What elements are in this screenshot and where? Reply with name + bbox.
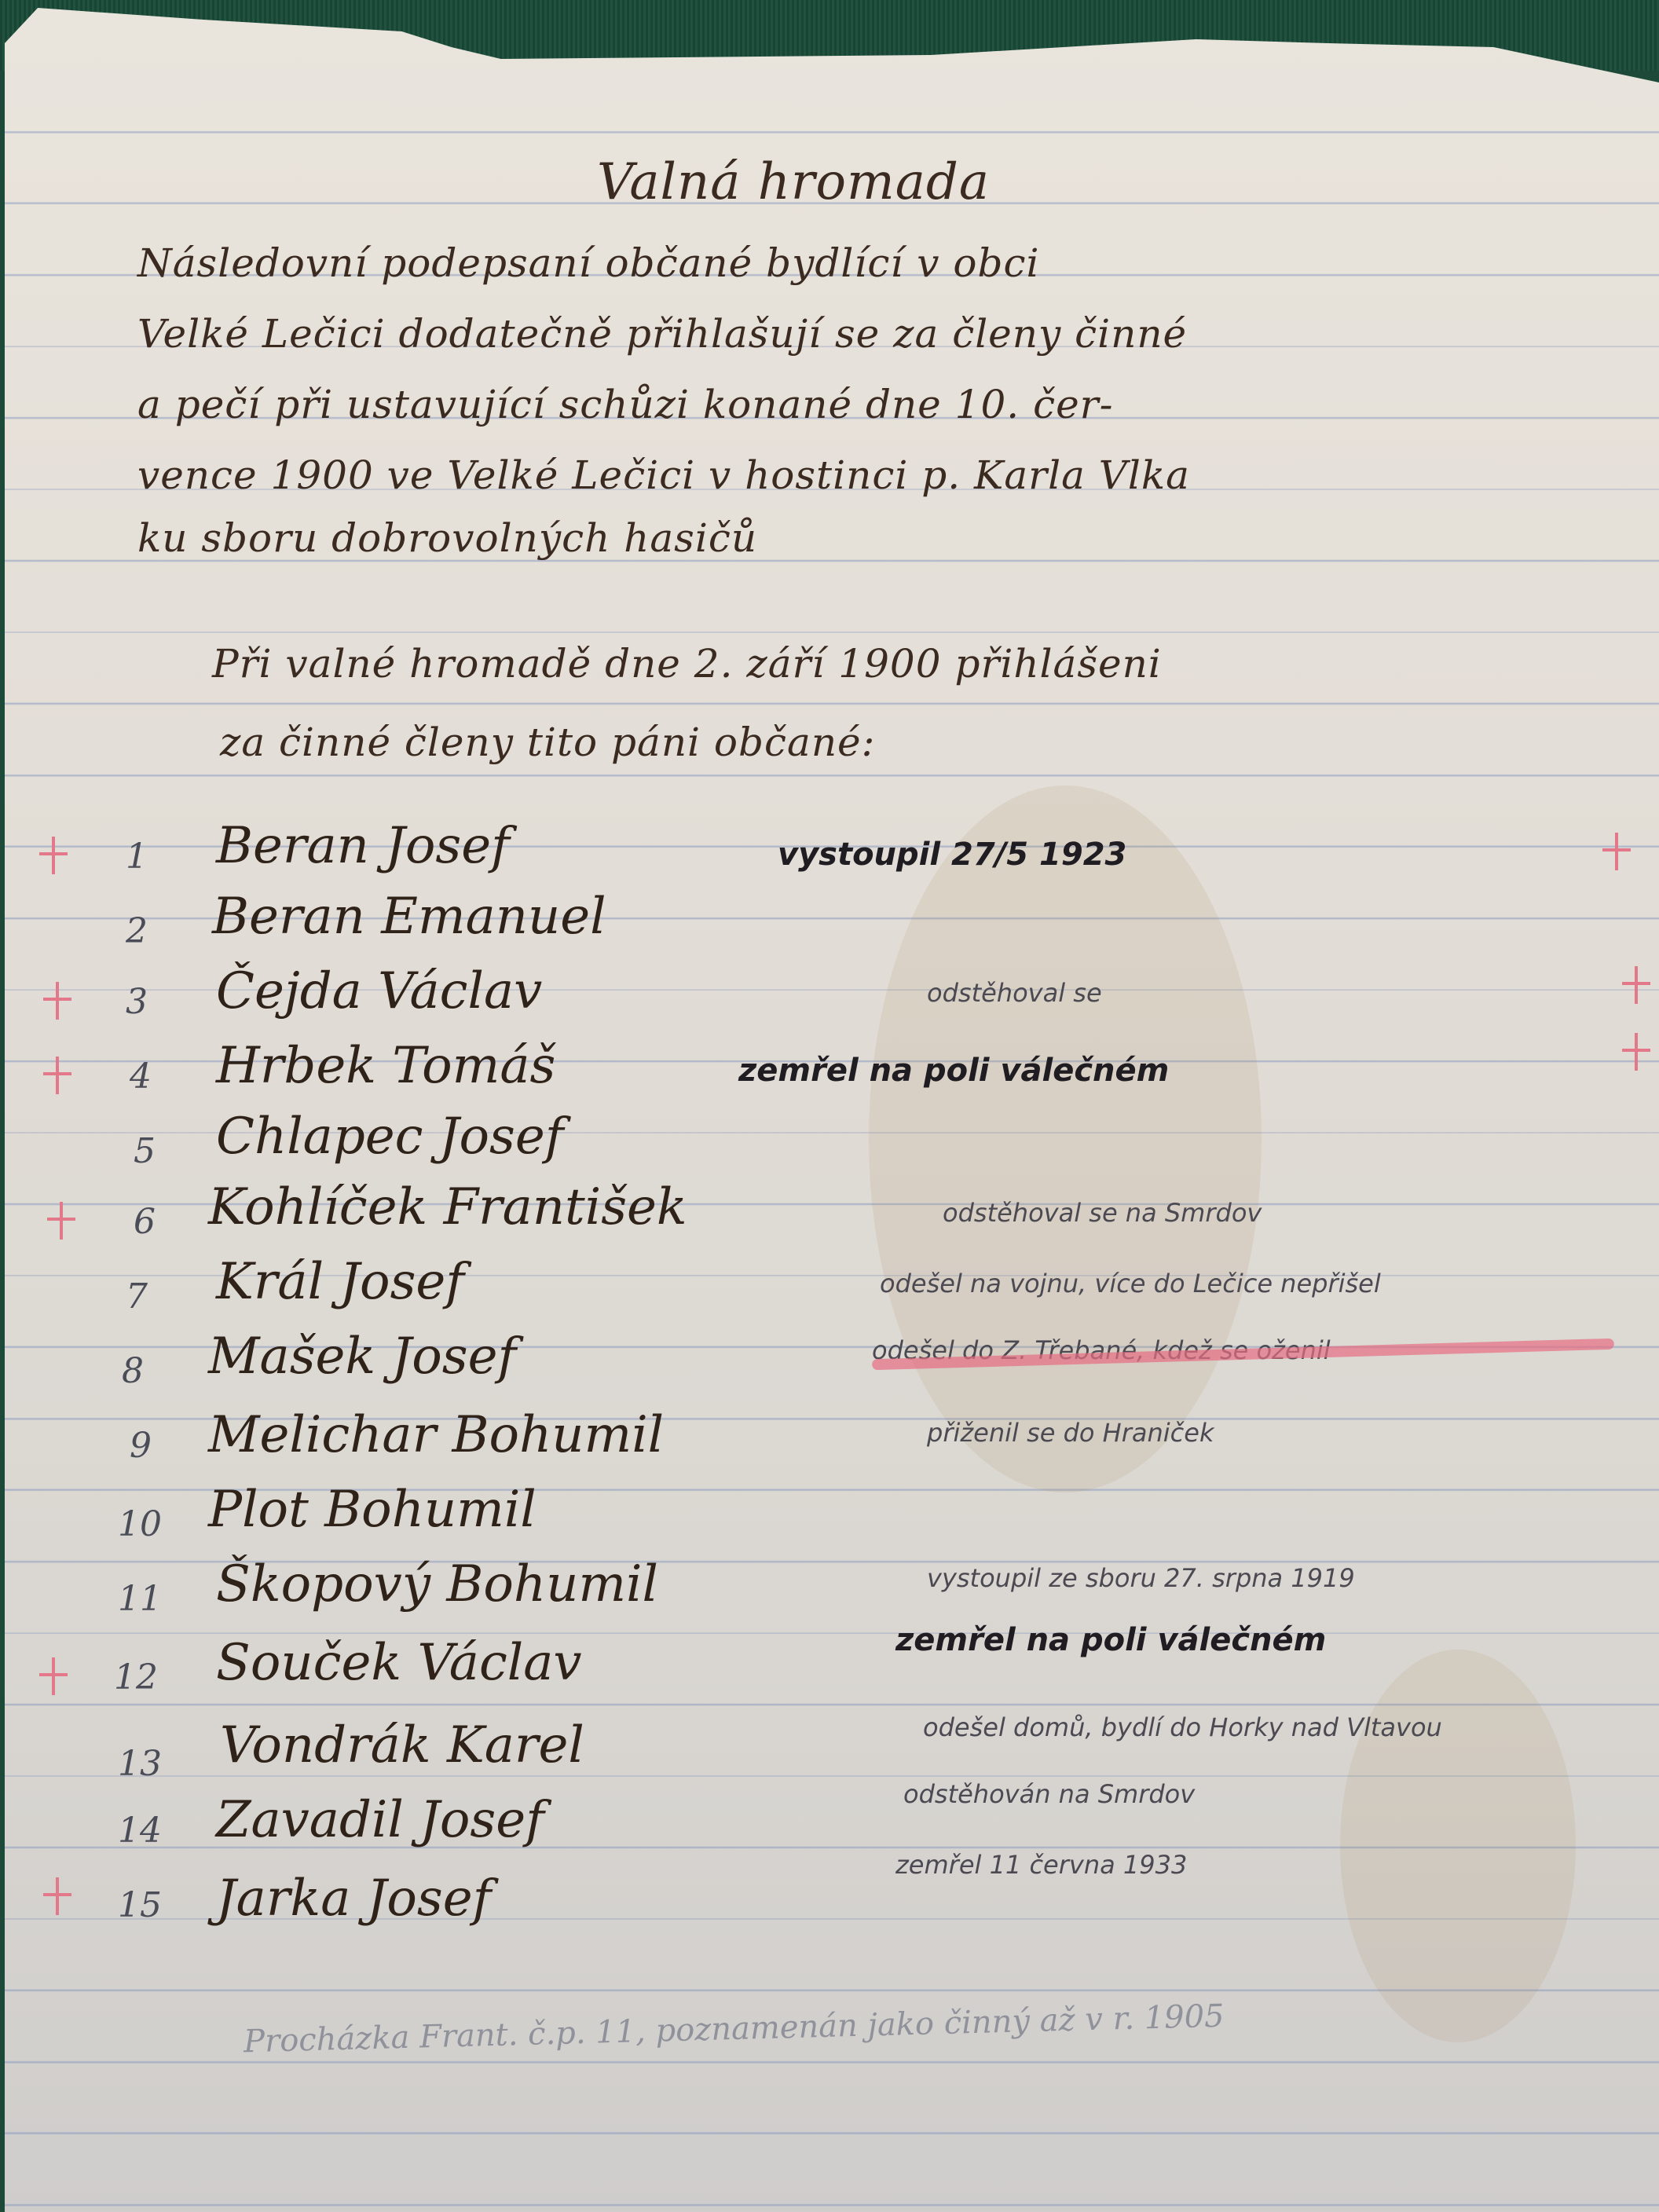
member-number: 1 (126, 837, 148, 877)
page-title: Valná hromada (597, 153, 990, 211)
member-note: vystoupil ze sboru 27. srpna 1919 (927, 1563, 1355, 1593)
member-name: Hrbek Tomáš (216, 1037, 555, 1095)
paper-stain (869, 786, 1262, 1492)
member-number: 2 (126, 911, 148, 951)
member-number: 3 (126, 982, 148, 1022)
member-number: 9 (130, 1426, 152, 1466)
member-name: Mašek Josef (208, 1328, 516, 1386)
member-note: zemřel na poli válečném (895, 1622, 1326, 1658)
member-name: Jarka Josef (216, 1870, 491, 1928)
member-note: zemřel na poli válečném (738, 1053, 1169, 1089)
member-name: Melichar Bohumil (208, 1406, 664, 1464)
member-name: Čejda Václav (216, 962, 542, 1020)
member-number: 15 (118, 1885, 162, 1925)
member-number: 7 (126, 1276, 148, 1317)
intro-line-1: Následovní podepsaní občané bydlící v ob… (137, 228, 1040, 298)
member-number: 13 (118, 1744, 162, 1784)
member-number: 8 (122, 1351, 144, 1391)
left-cross-mark (43, 982, 71, 1020)
left-cross-mark (39, 1657, 68, 1695)
member-note: odešel domů, bydlí do Horky nad Vltavou (923, 1712, 1442, 1742)
member-name: Škopový Bohumil (216, 1555, 658, 1613)
member-name: Zavadil Josef (216, 1791, 544, 1849)
left-cross-mark (43, 1877, 71, 1915)
left-cross-mark (43, 1057, 71, 1094)
right-cross-mark (1622, 1033, 1650, 1071)
member-note: odstěhoval se (927, 978, 1102, 1008)
left-cross-mark (47, 1202, 75, 1240)
member-number: 4 (130, 1057, 152, 1097)
member-note: vystoupil 27/5 1923 (778, 837, 1126, 873)
member-note: odstěhoval se na Smrdov (943, 1198, 1262, 1228)
member-name: Souček Václav (216, 1634, 582, 1692)
intro-line-5: ku sboru dobrovolných hasičů (137, 503, 757, 573)
member-number: 10 (118, 1504, 162, 1544)
member-name: Vondrák Karel (220, 1716, 584, 1774)
member-name: Chlapec Josef (216, 1108, 563, 1166)
member-number: 14 (118, 1811, 162, 1851)
left-cross-mark (39, 837, 68, 874)
member-note: přiženil se do Hraniček (927, 1418, 1214, 1448)
right-cross-mark (1622, 966, 1650, 1004)
member-name: Beran Emanuel (212, 888, 606, 946)
member-number: 12 (114, 1657, 158, 1697)
member-number: 5 (134, 1131, 156, 1171)
intro-line-2: Velké Lečici dodatečně přihlašují se za … (137, 298, 1187, 369)
member-note: odstěhován na Smrdov (903, 1779, 1195, 1809)
member-name: Beran Josef (216, 817, 510, 875)
member-name: Král Josef (216, 1253, 464, 1311)
intro-line-3: a pečí při ustavující schůzi konané dne … (137, 369, 1113, 440)
member-number: 6 (134, 1202, 156, 1242)
member-note: zemřel 11 června 1933 (895, 1850, 1187, 1880)
meeting-line-2: za činné členy tito páni občané: (220, 707, 876, 778)
member-note: odešel na vojnu, více do Lečice nepřišel (880, 1269, 1381, 1298)
member-name: Plot Bohumil (208, 1481, 537, 1539)
right-cross-mark (1602, 833, 1631, 870)
meeting-line-1: Při valné hromadě dne 2. září 1900 přihl… (212, 628, 1162, 699)
intro-line-4: vence 1900 ve Velké Lečici v hostinci p.… (137, 440, 1190, 511)
paper-stain (1340, 1650, 1576, 2042)
member-name: Kohlíček František (208, 1178, 687, 1236)
member-number: 11 (118, 1579, 162, 1619)
